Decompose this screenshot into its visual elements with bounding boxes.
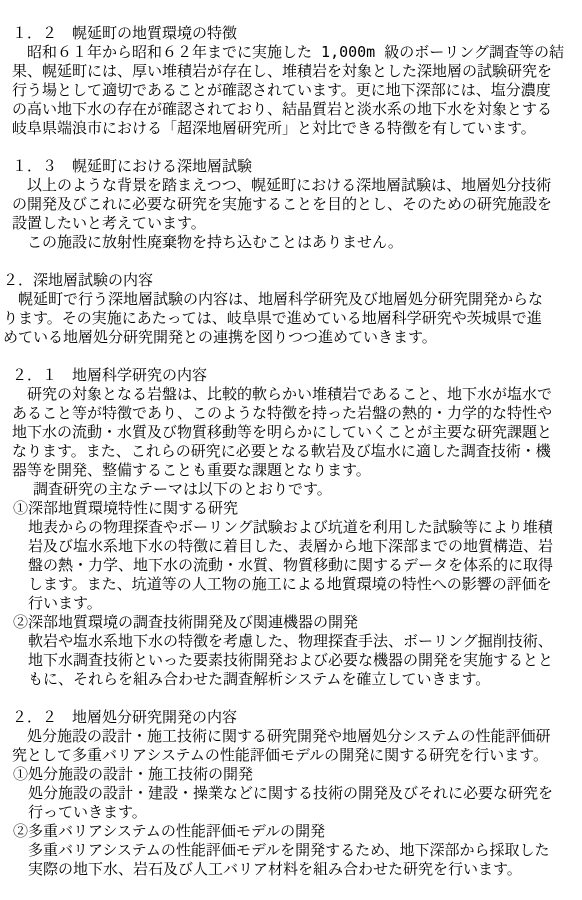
text-line: ①処分施設の設計・施工技術の開発 — [13, 765, 582, 784]
text-line: ①深部地質環境特性に関する研究 — [13, 499, 582, 518]
text-line: 設置したいと考えています。 — [12, 214, 582, 233]
document-page: { "page": { "background_color": "#ffffff… — [0, 0, 582, 900]
document-lines: １．２ 幌延町の地質環境の特徴昭和６１年から昭和６２年までに実施した 1,000… — [0, 5, 582, 879]
text-line: ２．深地層試験の内容 — [3, 271, 582, 290]
text-line: 行います。 — [28, 594, 582, 613]
blank-line — [0, 252, 582, 271]
text-line: 処分施設の設計・施工技術に関する研究開発や地層処分システムの性能評価研 — [27, 727, 582, 746]
text-line: 地下水の流動・水質及び物質移動等を明らかにしていくことが主要な研究課題と — [12, 423, 582, 442]
blank-line — [0, 689, 582, 708]
text-line: ２．２ 地層処分研究開発の内容 — [12, 708, 582, 727]
text-line: 実際の地下水、岩石及び人工バリア材料を組み合わせた研究を行います。 — [28, 860, 582, 879]
text-line: の開発及びこれに必要な研究を実施することを目的とし、そのための研究施設を — [12, 195, 582, 214]
blank-line — [0, 347, 582, 366]
text-line: 器等を開発、整備することも重要な課題となります。 — [12, 461, 582, 480]
text-line: 研究の対象となる岩盤は、比較的軟らかい堆積岩であること、地下水が塩水で — [27, 385, 582, 404]
text-line: 地表からの物理探査やボーリング試験および坑道を利用した試験等により堆積 — [28, 518, 582, 537]
text-line: この施設に放射性廃棄物を持ち込むことはありません。 — [27, 233, 582, 252]
text-line: ２．１ 地層科学研究の内容 — [12, 366, 582, 385]
text-line: します。また、坑道等の人工物の施工による地質環境の特性への影響の評価を — [28, 575, 582, 594]
text-line: 岩及び塩水系地下水の特徴に着目した、表層から地下深部までの地質構造、岩 — [28, 537, 582, 556]
text-line: めている地層処分研究開発との連携を図りつつ進めていきます。 — [3, 328, 582, 347]
text-line: あること等が特徴であり、このような特徴を持った岩盤の熱的・力学的な特性や — [12, 404, 582, 423]
text-line: 多重バリアシステムの性能評価モデルを開発するため、地下深部から採取した — [28, 841, 582, 860]
text-line: １．２ 幌延町の地質環境の特徴 — [12, 24, 582, 43]
text-line: 幌延町で行う深地層試験の内容は、地層科学研究及び地層処分研究開発からな — [18, 290, 582, 309]
text-line: なります。また、これらの研究に必要となる軟岩及び塩水に適した調査技術・機 — [12, 442, 582, 461]
document-body: １．２ 幌延町の地質環境の特徴昭和６１年から昭和６２年までに実施した 1,000… — [0, 0, 582, 879]
text-line — [3, 5, 582, 24]
text-line: 以上のような背景を踏まえつつ、幌延町における深地層試験は、地層処分技術 — [27, 176, 582, 195]
text-line: 果、幌延町には、厚い堆積岩が存在し、堆積岩を対象とした深地層の試験研究を — [12, 62, 582, 81]
text-line: 処分施設の設計・建設・操業などに関する技術の開発及びそれに必要な研究を — [28, 784, 582, 803]
text-line: 地下水調査技術といった要素技術開発および必要な機器の開発を実施するとと — [28, 651, 582, 670]
text-line: 昭和６１年から昭和６２年までに実施した 1,000m 級のボーリング調査等の結 — [27, 43, 582, 62]
text-line: 岐阜県端浪市における「超深地層研究所」と対比できる特徴を有しています。 — [12, 119, 582, 138]
text-line: ります。その実施にあたっては、岐阜県で進めている地層科学研究や茨城県で進 — [3, 309, 582, 328]
text-line: 調査研究の主なテーマは以下のとおりです。 — [33, 480, 582, 499]
text-line: ②多重バリアシステムの性能評価モデルの開発 — [13, 822, 582, 841]
text-line: 行っていきます。 — [28, 803, 582, 822]
text-line: の高い地下水の存在が確認されており、結晶質岩と淡水系の地下水を対象とする — [12, 100, 582, 119]
text-line: 行う場として適切であることが確認されています。更に地下深部には、塩分濃度 — [12, 81, 582, 100]
blank-line — [0, 138, 582, 157]
text-line: もに、それらを組み合わせた調査解析システムを確立していきます。 — [28, 670, 582, 689]
text-line: 盤の熱・力学、地下水の流動・水質、物質移動に関するデータを体系的に取得 — [28, 556, 582, 575]
text-line: 軟岩や塩水系地下水の特徴を考慮した、物理探査手法、ボーリング掘削技術、 — [28, 632, 582, 651]
text-line: ②深部地質環境の調査技術開発及び関連機器の開発 — [13, 613, 582, 632]
text-line: 究として多重バリアシステムの性能評価モデルの開発に関する研究を行います。 — [12, 746, 582, 765]
text-line: １．３ 幌延町における深地層試験 — [12, 157, 582, 176]
